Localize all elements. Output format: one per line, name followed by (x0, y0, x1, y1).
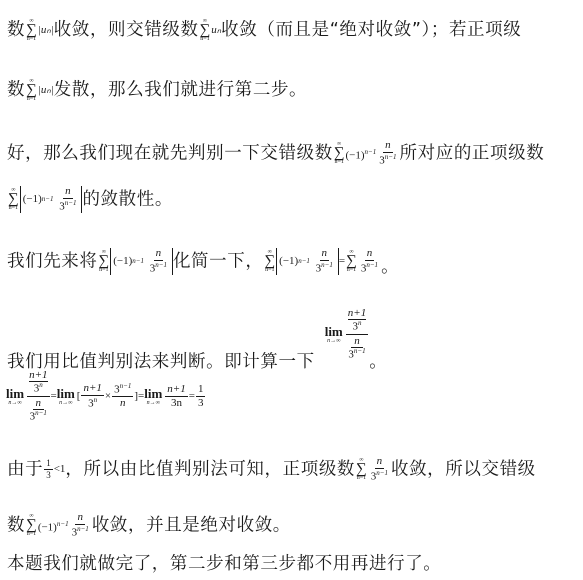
compound-frac: n+13nn3n−1 (27, 370, 49, 422)
text-segment: 收敛，并且是绝对收敛。 (92, 515, 291, 535)
text-segment: 数 (7, 80, 25, 100)
text-segment: 数 (7, 20, 25, 40)
frac-n-3nm1: n3n−1 (377, 140, 398, 167)
text-segment: ，所以由比值判别法可知，正项级数 (65, 459, 355, 479)
un: uₙ (211, 19, 221, 41)
text-line-9: 数∞∑n=1(−1)n−1n3n−1收敛，并且是绝对收敛。 (7, 512, 291, 539)
lim: limn→∞ (325, 325, 343, 344)
text-segment: 收敛，则交错级数 (54, 20, 199, 40)
text-segment: 。 (369, 352, 387, 372)
text-segment: 化简一下， (173, 251, 264, 271)
left-bracket: [ (77, 385, 81, 407)
sum-alt: ∞∑n=1 (334, 141, 345, 165)
text-segment: 所对应的正项级数 (400, 143, 545, 163)
frac-3nm1-n: 3n−1n (112, 383, 133, 410)
frac-1-3: 13 (196, 384, 206, 409)
text-segment: 数 (7, 515, 25, 535)
limit-equation: limn→∞n+13nn3n−1=limn→∞[n+13n×3n−1n]=lim… (6, 370, 206, 422)
less-than-one: <1 (54, 458, 66, 480)
text-line-1: 数∞∑n=1|uₙ|收敛，则交错级数∞∑n=1uₙ收敛（而且是“绝对收敛”）；若… (7, 18, 521, 42)
sum-simplified: ∞∑n=1 (356, 457, 367, 481)
sum-alt: ∞∑n=1 (26, 513, 37, 537)
lim: limn→∞ (144, 387, 162, 406)
text-segment: 收敛（而且是“绝对收敛”）；若正项级 (221, 20, 521, 40)
text-line-6: 我们用比值判别法来判断。即计算一下limn→∞n+13nn3n−1。 (7, 296, 387, 366)
sum-abs-un: ∞∑n=1 (26, 78, 37, 102)
sum-abs-alt: ∞∑n=1 (264, 249, 275, 273)
text-line-2: 数∞∑n=1|uₙ|发散，那么我们就进行第二步。 (7, 78, 307, 102)
abs-alt-term: (−1)n−1 n3n−1 (20, 186, 83, 213)
text-line-5: 我们先来将∞∑n=1(−1)n−1 n3n−1化简一下，∞∑n=1(−1)n−1… (7, 248, 399, 275)
frac-n-3nm1: n3n−1 (359, 248, 380, 275)
frac-n-3nm1: n3n−1 (369, 456, 390, 483)
sum-abs-un: ∞∑n=1 (26, 18, 37, 42)
abs-alt-term: (−1)n−1 n3n−1 (276, 248, 339, 275)
frac-np1-3n: n+13n (165, 384, 187, 409)
sum-un: ∞∑n=1 (200, 18, 211, 42)
text-line-8: 由于13<1，所以由比值判别法可知，正项级数∞∑n=1n3n−1收敛，所以交错级 (7, 456, 536, 483)
sum-simplified: ∞∑n=1 (346, 249, 357, 273)
lim: limn→∞ (57, 387, 75, 406)
equals: = (189, 385, 195, 407)
times: × (105, 385, 111, 407)
abs-un: |uₙ| (38, 79, 54, 101)
text-segment: 发散，那么我们就进行第二步。 (54, 80, 307, 100)
text-segment: 我们先来将 (7, 251, 98, 271)
text-segment: 由于 (7, 459, 43, 479)
text-line-10: 本题我们就做完了，第二步和第三步都不用再进行了。 (7, 553, 441, 575)
compound-frac: n+13nn3n−1 (346, 308, 368, 360)
alt-factor: (−1)n−1 (346, 141, 377, 167)
text-segment: 。 (381, 257, 399, 277)
sum-abs-alt: ∞∑n=1 (99, 249, 110, 273)
lim: limn→∞ (6, 387, 24, 406)
text-line-4: ∞∑n=1(−1)n−1 n3n−1的敛散性。 (7, 186, 173, 213)
text-segment: 本题我们就做完了，第二步和第三步都不用再进行了。 (7, 554, 441, 574)
alt-factor: (−1)n−1 (38, 513, 69, 539)
text-segment: 的敛散性。 (82, 189, 173, 209)
sum-abs-alt: ∞∑n=1 (8, 187, 19, 211)
frac-np1-3n: n+13n (81, 383, 103, 410)
text-line-3: 好，那么我们现在就先判别一下交错级数∞∑n=1(−1)n−1n3n−1所对应的正… (7, 140, 544, 167)
frac-1-3: 13 (44, 459, 53, 480)
abs-alt-term: (−1)n−1 n3n−1 (110, 248, 173, 275)
abs-un: |uₙ| (38, 19, 54, 41)
text-segment: 好，那么我们现在就先判别一下交错级数 (7, 143, 333, 163)
frac-n-3nm1: n3n−1 (70, 512, 91, 539)
text-segment: 收敛，所以交错级 (391, 459, 536, 479)
equals: = (339, 250, 345, 272)
